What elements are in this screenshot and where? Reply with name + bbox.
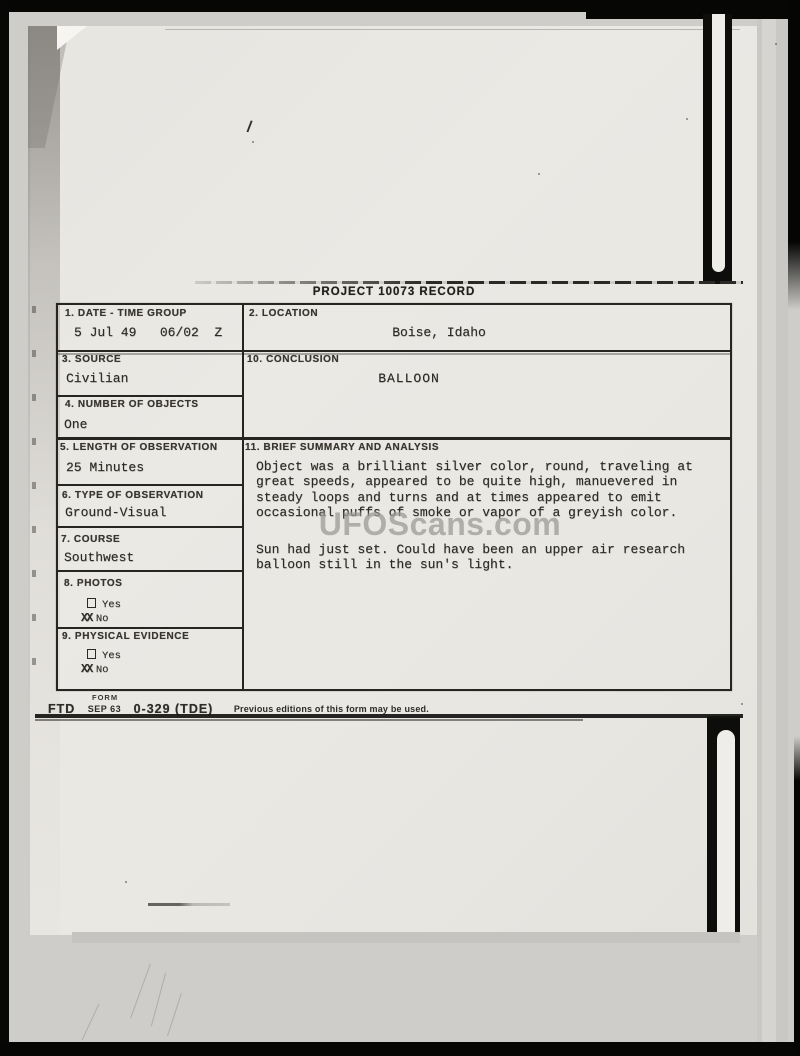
photos-label: 8. PHOTOS [64, 578, 123, 589]
film-edge-right-bottom [794, 736, 800, 1056]
date-time-group-value: 5 Jul 49 06/02 Z [74, 325, 222, 340]
type-of-observation-value: Ground-Visual [65, 505, 166, 520]
type-of-observation-label: 6. TYPE OF OBSERVATION [62, 490, 204, 501]
row-divider [58, 627, 242, 629]
film-sprocket-bar-lower [707, 716, 740, 932]
row-divider [58, 526, 242, 528]
checkbox-unchecked-icon [87, 649, 96, 659]
scanned-record-card-page: / PROJECT 10073 RECORD 1. DATE - TIME GR… [0, 0, 800, 1056]
form-note: Previous editions of this form may be us… [234, 704, 429, 714]
evidence-no-option: XXNo [81, 663, 108, 676]
summary-paragraph-2: Sun had just set. Could have been an upp… [256, 542, 685, 573]
speck [775, 43, 777, 45]
photos-yes-label: Yes [102, 599, 121, 611]
number-of-objects-label: 4. NUMBER OF OBJECTS [65, 399, 199, 410]
speck [125, 881, 127, 883]
record-card-table: 1. DATE - TIME GROUP 5 Jul 49 06/02 Z 2.… [56, 303, 732, 691]
rule-above-title [195, 281, 743, 284]
source-value: Civilian [66, 371, 128, 386]
course-label: 7. COURSE [61, 534, 120, 545]
checkbox-unchecked-icon [87, 598, 96, 608]
photos-yes-option: Yes [87, 598, 121, 611]
row-divider [58, 570, 242, 572]
row-divider [58, 484, 242, 486]
length-of-observation-label: 5. LENGTH OF OBSERVATION [60, 442, 218, 453]
number-of-objects-value: One [64, 417, 87, 432]
film-edge-bottom [0, 1042, 800, 1056]
footer-rule [35, 714, 743, 718]
film-sprocket-bar-upper [703, 14, 732, 284]
right-margin-highlight [762, 11, 776, 1043]
paper-top-edge-shadow [165, 29, 740, 30]
form-date: SEP 63 [88, 704, 121, 714]
film-edge-right-top [788, 0, 800, 310]
film-edge-left [0, 0, 9, 1056]
course-value: Southwest [64, 550, 134, 565]
row-divider [58, 395, 242, 397]
evidence-yes-label: Yes [102, 650, 121, 662]
column-divider [242, 305, 244, 689]
conclusion-label: 10. CONCLUSION [247, 354, 339, 365]
left-edge-tick-marks [32, 306, 36, 684]
footer-rule-shadow [35, 719, 583, 721]
paper-bottom-edge-shadow [72, 932, 740, 943]
watermark: UFOScans.com [285, 506, 595, 543]
date-time-group-label: 1. DATE - TIME GROUP [65, 308, 187, 319]
evidence-no-label: No [96, 664, 109, 676]
conclusion-value: BALLOON [244, 371, 574, 386]
photos-no-label: No [96, 613, 109, 625]
location-value: Boise, Idaho [244, 325, 634, 340]
row-divider [58, 350, 730, 352]
location-label: 2. LOCATION [249, 308, 318, 319]
speck [686, 118, 688, 120]
row-divider [58, 437, 730, 440]
speck [538, 173, 540, 175]
speck [252, 141, 254, 143]
checkbox-x-marks-icon: XX [81, 663, 92, 676]
form-title: PROJECT 10073 RECORD [56, 286, 732, 298]
film-edge-top-right [586, 0, 800, 19]
evidence-yes-option: Yes [87, 649, 121, 662]
smudge-mark [148, 903, 230, 906]
summary-label: 11. BRIEF SUMMARY AND ANALYSIS [245, 442, 439, 453]
checkbox-x-marks-icon: XX [81, 612, 92, 625]
source-label: 3. SOURCE [62, 354, 121, 365]
speck [741, 703, 743, 705]
physical-evidence-label: 9. PHYSICAL EVIDENCE [62, 631, 189, 642]
length-of-observation-value: 25 Minutes [66, 460, 144, 475]
photos-no-option: XXNo [81, 612, 108, 625]
